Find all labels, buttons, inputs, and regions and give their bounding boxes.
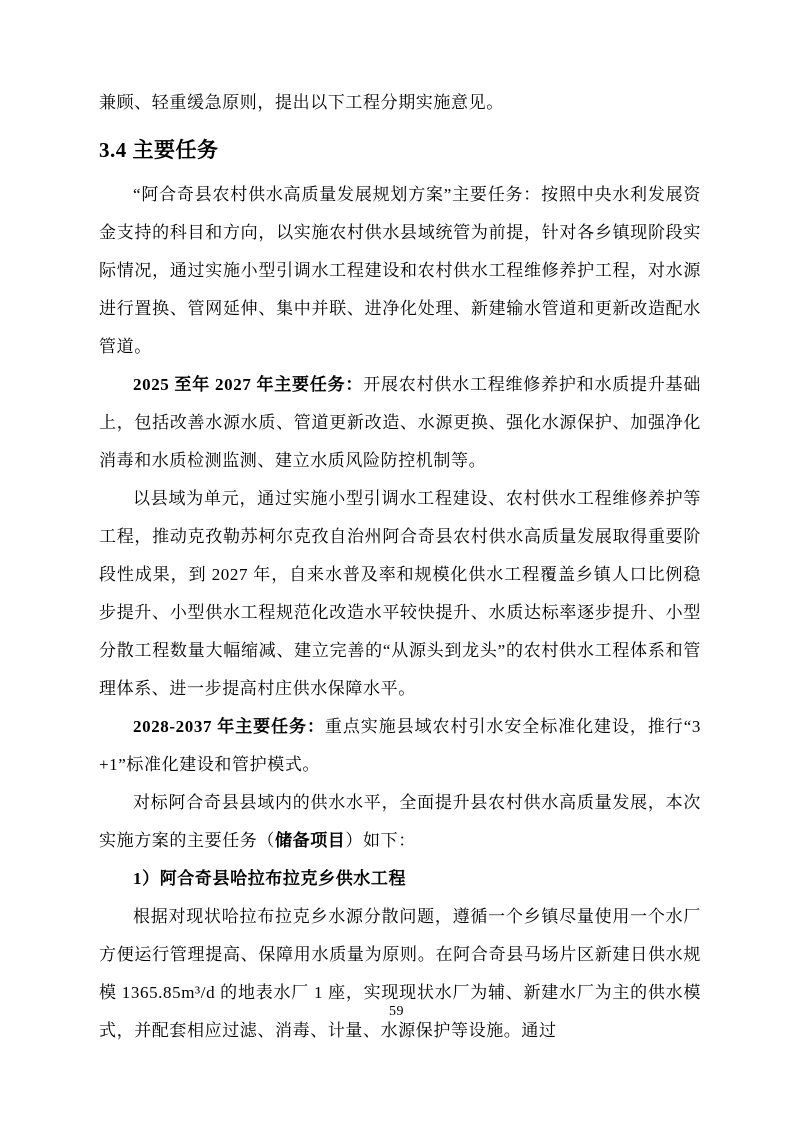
paragraph-benchmark-after: ）如下： [345,831,415,850]
paragraph-overview: “阿合奇县农村供水高质量发展规划方案”主要任务：按照中央水利发展资金支持的科目和… [99,176,701,366]
lead-paragraph: 兼顾、轻重缓急原则，提出以下工程分期实施意见。 [99,84,701,122]
paragraph-benchmark: 对标阿合奇县县域内的供水水平，全面提升县农村供水高质量发展，本次实施方案的主要任… [99,784,701,860]
paragraph-2025-lead: 2025 至年 2027 年主要任务： [133,375,363,394]
page-body: 兼顾、轻重缓急原则，提出以下工程分期实施意见。 3.4 主要任务 “阿合奇县农村… [99,84,701,1050]
paragraph-benchmark-bold: 储备项目 [275,831,345,850]
sub-heading-project1: 1）阿合奇县哈拉布拉克乡供水工程 [99,860,701,898]
paragraph-2028-lead: 2028-2037 年主要任务： [133,717,325,736]
page-number: 59 [0,1002,793,1022]
paragraph-project1: 根据对现状哈拉布拉克乡水源分散问题，遵循一个乡镇尽量使用一个水厂方便运行管理提高… [99,898,701,1050]
document-page: 兼顾、轻重缓急原则，提出以下工程分期实施意见。 3.4 主要任务 “阿合奇县农村… [0,0,793,1122]
paragraph-2028-tasks: 2028-2037 年主要任务：重点实施县域农村引水安全标准化建设，推行“3+1… [99,708,701,784]
paragraph-county-unit: 以县域为单元，通过实施小型引调水工程建设、农村供水工程维修养护等工程，推动克孜勒… [99,480,701,708]
paragraph-2025-tasks: 2025 至年 2027 年主要任务：开展农村供水工程维修养护和水质提升基础上，… [99,366,701,480]
section-heading-3-4: 3.4 主要任务 [99,130,701,170]
